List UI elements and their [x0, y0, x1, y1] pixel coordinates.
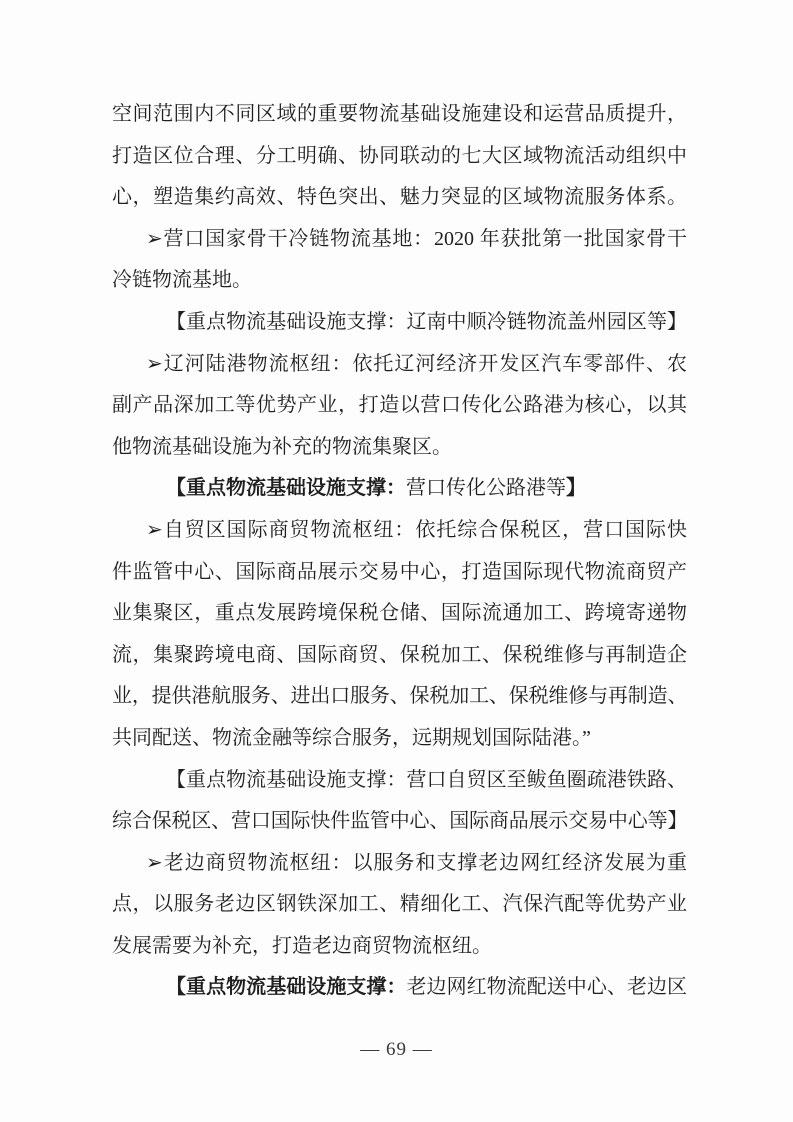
text-line: 【重点物流基础设施支撑：营口传化公路港等】	[112, 468, 687, 510]
text-segment: ➢辽河陆港物流枢纽：依托辽河经济开发区汽车零部件、农	[146, 353, 687, 375]
text-segment: 【重点物流基础设施支撑：辽南中顺冷链物流盖州园区等】	[166, 311, 687, 333]
text-segment: 副产品深加工等优势产业，打造以营口传化公路港为核心，以其	[112, 394, 687, 416]
text-line: 件监管中心、国际商品展示交易中心，打造国际现代物流商贸产	[112, 552, 687, 594]
text-segment: 综合保税区、营口国际快件监管中心、国际商品展示交易中心等】	[112, 810, 687, 832]
text-segment: 发展需要为补充，打造老边商贸物流枢纽。	[112, 935, 492, 957]
text-segment: 流，集聚跨境电商、国际商贸、保税加工、保税维修与再制造企	[112, 644, 687, 666]
text-line: 【重点物流基础设施支撑：营口自贸区至鲅鱼圈疏港铁路、	[112, 760, 687, 802]
text-segment: ➢营口国家骨干冷链物流基地：2020 年获批第一批国家骨干	[146, 228, 687, 250]
text-segment: 件监管中心、国际商品展示交易中心，打造国际现代物流商贸产	[112, 561, 687, 583]
text-line: 点，以服务老边区钢铁深加工、精细化工、汽保汽配等优势产业	[112, 884, 687, 926]
page-number: — 69 —	[0, 1036, 793, 1064]
text-line: 综合保税区、营口国际快件监管中心、国际商品展示交易中心等】	[112, 801, 687, 843]
text-segment: 营口传化公路港等	[406, 477, 566, 499]
text-segment: 空间范围内不同区域的重要物流基础设施建设和运营品质提升，	[112, 103, 687, 125]
text-segment: 心，塑造集约高效、特色突出、魅力突显的区域物流服务体系。	[112, 186, 687, 208]
text-line: 心，塑造集约高效、特色突出、魅力突显的区域物流服务体系。	[112, 177, 687, 219]
text-segment: 业，提供港航服务、进出口服务、保税加工、保税维修与再制造、	[112, 685, 687, 707]
text-segment-bold: 【重点物流基础设施支撑：	[166, 477, 406, 499]
text-line: ➢老边商贸物流枢纽：以服务和支撑老边网红经济发展为重	[112, 843, 687, 885]
text-segment: 【重点物流基础设施支撑：营口自贸区至鲅鱼圈疏港铁路、	[166, 769, 687, 791]
text-segment: 他物流基础设施为补充的物流集聚区。	[112, 436, 452, 458]
text-line: 【重点物流基础设施支撑：老边网红物流配送中心、老边区	[112, 967, 687, 1009]
text-line: 【重点物流基础设施支撑：辽南中顺冷链物流盖州园区等】	[112, 302, 687, 344]
text-line: 他物流基础设施为补充的物流集聚区。	[112, 427, 687, 469]
text-line: 共同配送、物流金融等综合服务，远期规划国际陆港。”	[112, 718, 687, 760]
document-page: 空间范围内不同区域的重要物流基础设施建设和运营品质提升，打造区位合理、分工明确、…	[0, 0, 793, 1122]
text-segment: 共同配送、物流金融等综合服务，远期规划国际陆港。”	[112, 727, 591, 749]
text-line: ➢营口国家骨干冷链物流基地：2020 年获批第一批国家骨干	[112, 219, 687, 261]
text-line: ➢自贸区国际商贸物流枢纽：依托综合保税区，营口国际快	[112, 510, 687, 552]
text-segment: ➢自贸区国际商贸物流枢纽：依托综合保税区，营口国际快	[146, 519, 687, 541]
text-segment: 业集聚区，重点发展跨境保税仓储、国际流通加工、跨境寄递物	[112, 602, 687, 624]
text-segment: 冷链物流基地。	[112, 269, 252, 291]
text-segment-bold: 】	[566, 477, 586, 499]
text-segment: ➢老边商贸物流枢纽：以服务和支撑老边网红经济发展为重	[146, 852, 687, 874]
text-line: 流，集聚跨境电商、国际商贸、保税加工、保税维修与再制造企	[112, 635, 687, 677]
text-segment-bold: 【重点物流基础设施支撑：	[166, 976, 406, 998]
text-segment: 打造区位合理、分工明确、协同联动的七大区域物流活动组织中	[112, 145, 687, 167]
text-line: 发展需要为补充，打造老边商贸物流枢纽。	[112, 926, 687, 968]
text-line: 业集聚区，重点发展跨境保税仓储、国际流通加工、跨境寄递物	[112, 593, 687, 635]
text-line: 冷链物流基地。	[112, 260, 687, 302]
text-line: 打造区位合理、分工明确、协同联动的七大区域物流活动组织中	[112, 136, 687, 178]
text-segment: 老边网红物流配送中心、老边区	[406, 976, 687, 998]
text-line: ➢辽河陆港物流枢纽：依托辽河经济开发区汽车零部件、农	[112, 344, 687, 386]
text-segment: 点，以服务老边区钢铁深加工、精细化工、汽保汽配等优势产业	[112, 893, 687, 915]
text-line: 业，提供港航服务、进出口服务、保税加工、保税维修与再制造、	[112, 676, 687, 718]
document-body: 空间范围内不同区域的重要物流基础设施建设和运营品质提升，打造区位合理、分工明确、…	[112, 94, 687, 1009]
text-line: 空间范围内不同区域的重要物流基础设施建设和运营品质提升，	[112, 94, 687, 136]
text-line: 副产品深加工等优势产业，打造以营口传化公路港为核心，以其	[112, 385, 687, 427]
